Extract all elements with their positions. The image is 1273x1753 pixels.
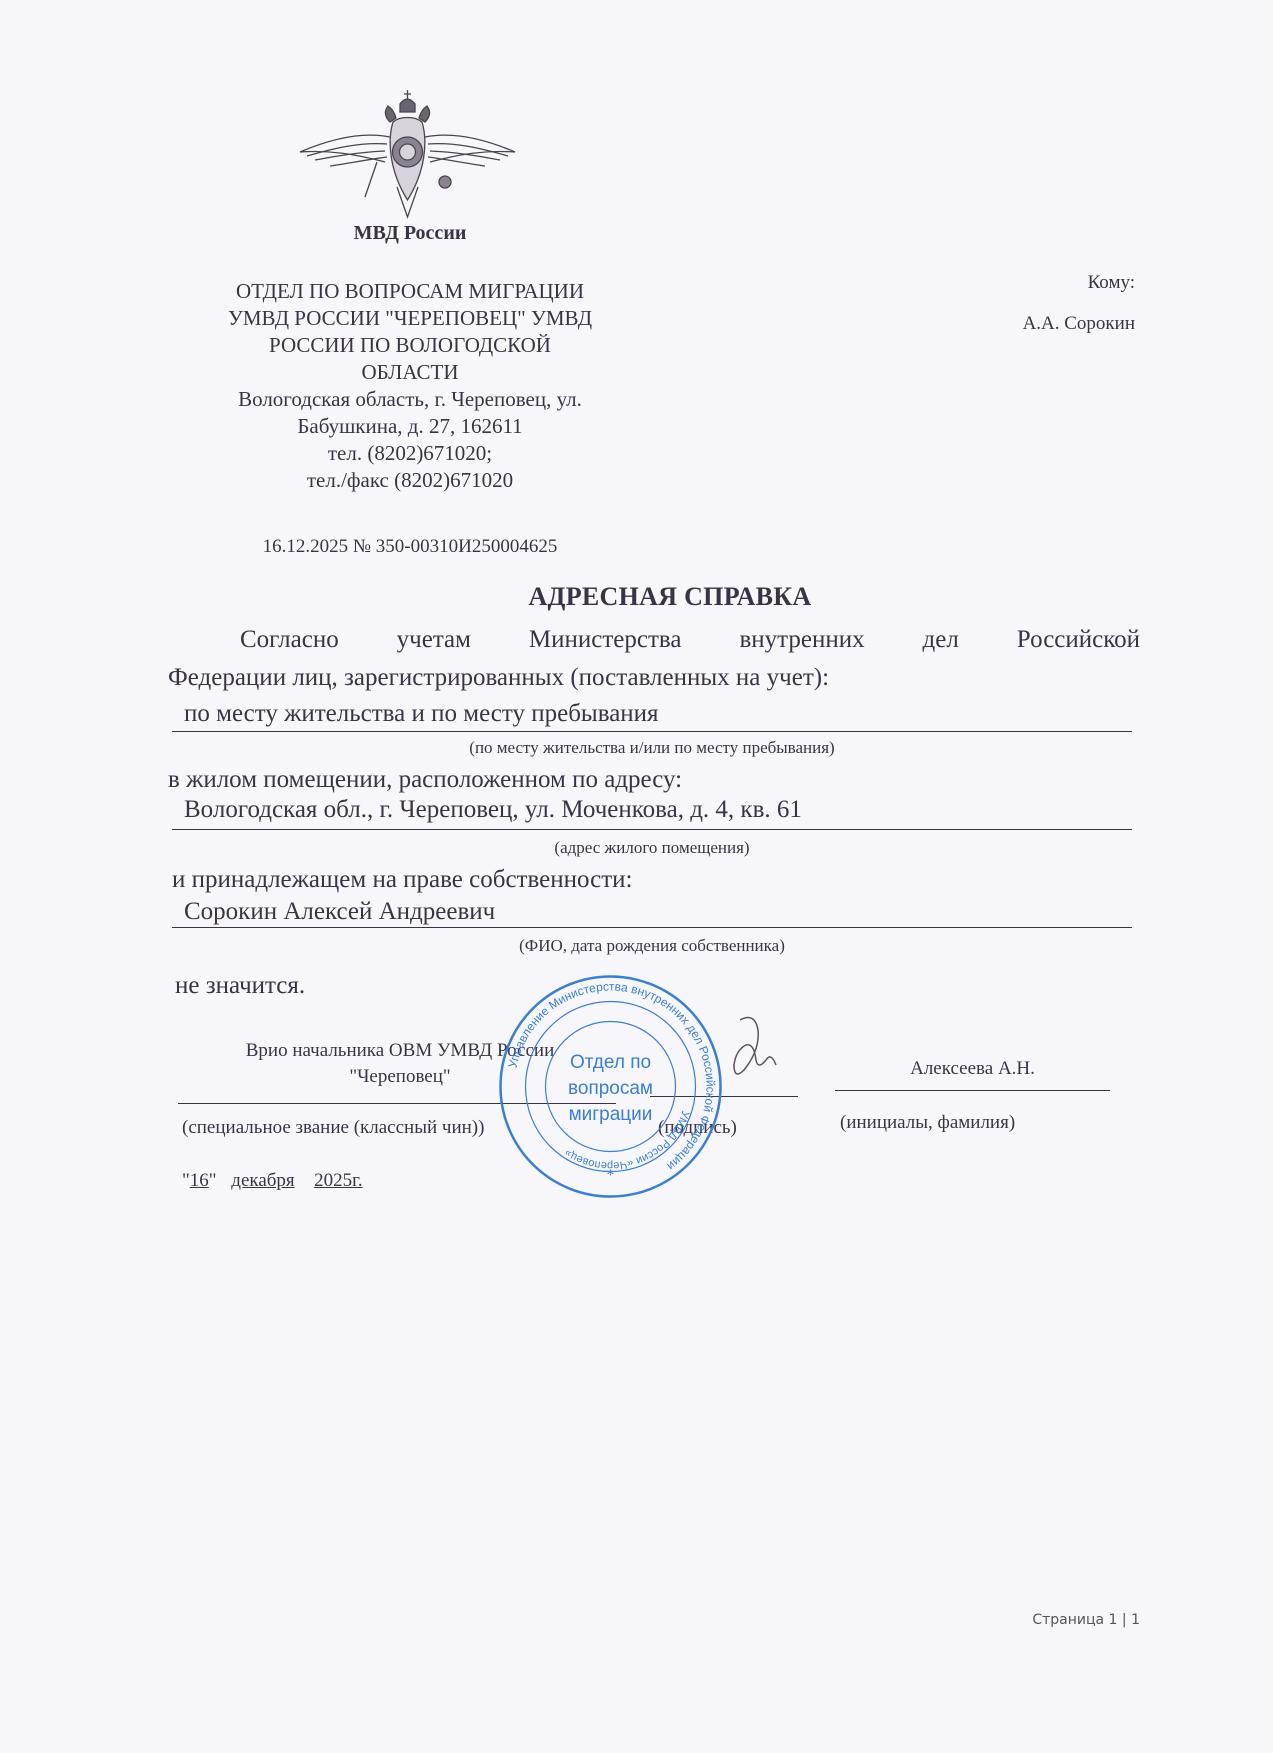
owner-intro: и принадлежащем на праве собственности: <box>172 866 632 894</box>
date-year: 2025г. <box>314 1170 362 1191</box>
issue-date: "16" декабря 2025г. <box>182 1170 363 1192</box>
address-field: Вологодская обл., г. Череповец, ул. Моче… <box>172 796 1132 830</box>
department-line: ОТДЕЛ ПО ВОПРОСАМ МИГРАЦИИ <box>180 278 640 305</box>
date-quote-open: " <box>182 1170 190 1191</box>
signer-name: Алексеева А.Н. <box>835 1058 1110 1080</box>
ministry-name: МВД России <box>290 222 530 245</box>
page-separator: | <box>1122 1612 1127 1628</box>
department-line: РОССИИ ПО ВОЛОГОДСКОЙ <box>180 332 640 359</box>
page-current: 1 <box>1109 1612 1118 1628</box>
document-title: АДРЕСНАЯ СПРАВКА <box>170 582 1170 612</box>
signer-caption: (инициалы, фамилия) <box>840 1112 1015 1134</box>
address-intro: в жилом помещении, расположенном по адре… <box>168 766 682 794</box>
date-day: 16 <box>190 1170 209 1191</box>
registration-number: 16.12.2025 № 350-00310И250004625 <box>180 536 640 558</box>
svg-text:Управление Министерства внутре: Управление Министерства внутренних дел Р… <box>505 979 717 1173</box>
page-label: Страница <box>1032 1612 1104 1628</box>
official-stamp: Управление Министерства внутренних дел Р… <box>498 970 723 1203</box>
position-caption: (специальное звание (классный чин)) <box>182 1117 484 1139</box>
department-line: ОБЛАСТИ <box>180 359 640 386</box>
address-line: Бабушкина, д. 27, 162611 <box>180 413 640 440</box>
result-text: не значится. <box>175 972 305 1000</box>
mvd-emblem-icon <box>295 82 520 222</box>
department-line: УМВД РОССИИ "ЧЕРЕПОВЕЦ" УМВД <box>180 305 640 332</box>
intro-line-2: Федерации лиц, зарегистрированных (поста… <box>168 664 1140 692</box>
address-caption: (адрес жилого помещения) <box>172 838 1132 858</box>
recipient-name: А.А. Сорокин <box>900 313 1135 335</box>
fax: тел./факс (8202)671020 <box>180 467 640 494</box>
registration-type-caption: (по месту жительства и/или по месту преб… <box>172 738 1132 758</box>
department-block: ОТДЕЛ ПО ВОПРОСАМ МИГРАЦИИ УМВД РОССИИ "… <box>180 278 640 494</box>
signer-underline <box>835 1090 1110 1091</box>
svg-text:вопросам: вопросам <box>568 1078 653 1099</box>
address-line: Вологодская область, г. Череповец, ул. <box>180 386 640 413</box>
svg-text:Отдел по: Отдел по <box>570 1052 651 1073</box>
owner-caption: (ФИО, дата рождения собственника) <box>172 936 1132 956</box>
date-month: декабря <box>221 1170 304 1191</box>
recipient-label: Кому: <box>900 272 1135 294</box>
phone: тел. (8202)671020; <box>180 440 640 467</box>
page-total: 1 <box>1131 1612 1140 1628</box>
page-footer: Страница 1 | 1 <box>1000 1612 1140 1628</box>
svg-text:*: * <box>607 1167 615 1184</box>
date-quote-close: " <box>209 1170 217 1191</box>
intro-line-1: Согласно учетам Министерства внутренних … <box>168 626 1140 654</box>
svg-text:миграции: миграции <box>569 1104 653 1125</box>
registration-type-field: по месту жительства и по месту пребывани… <box>172 700 1132 732</box>
owner-field: Сорокин Алексей Андреевич <box>172 898 1132 928</box>
